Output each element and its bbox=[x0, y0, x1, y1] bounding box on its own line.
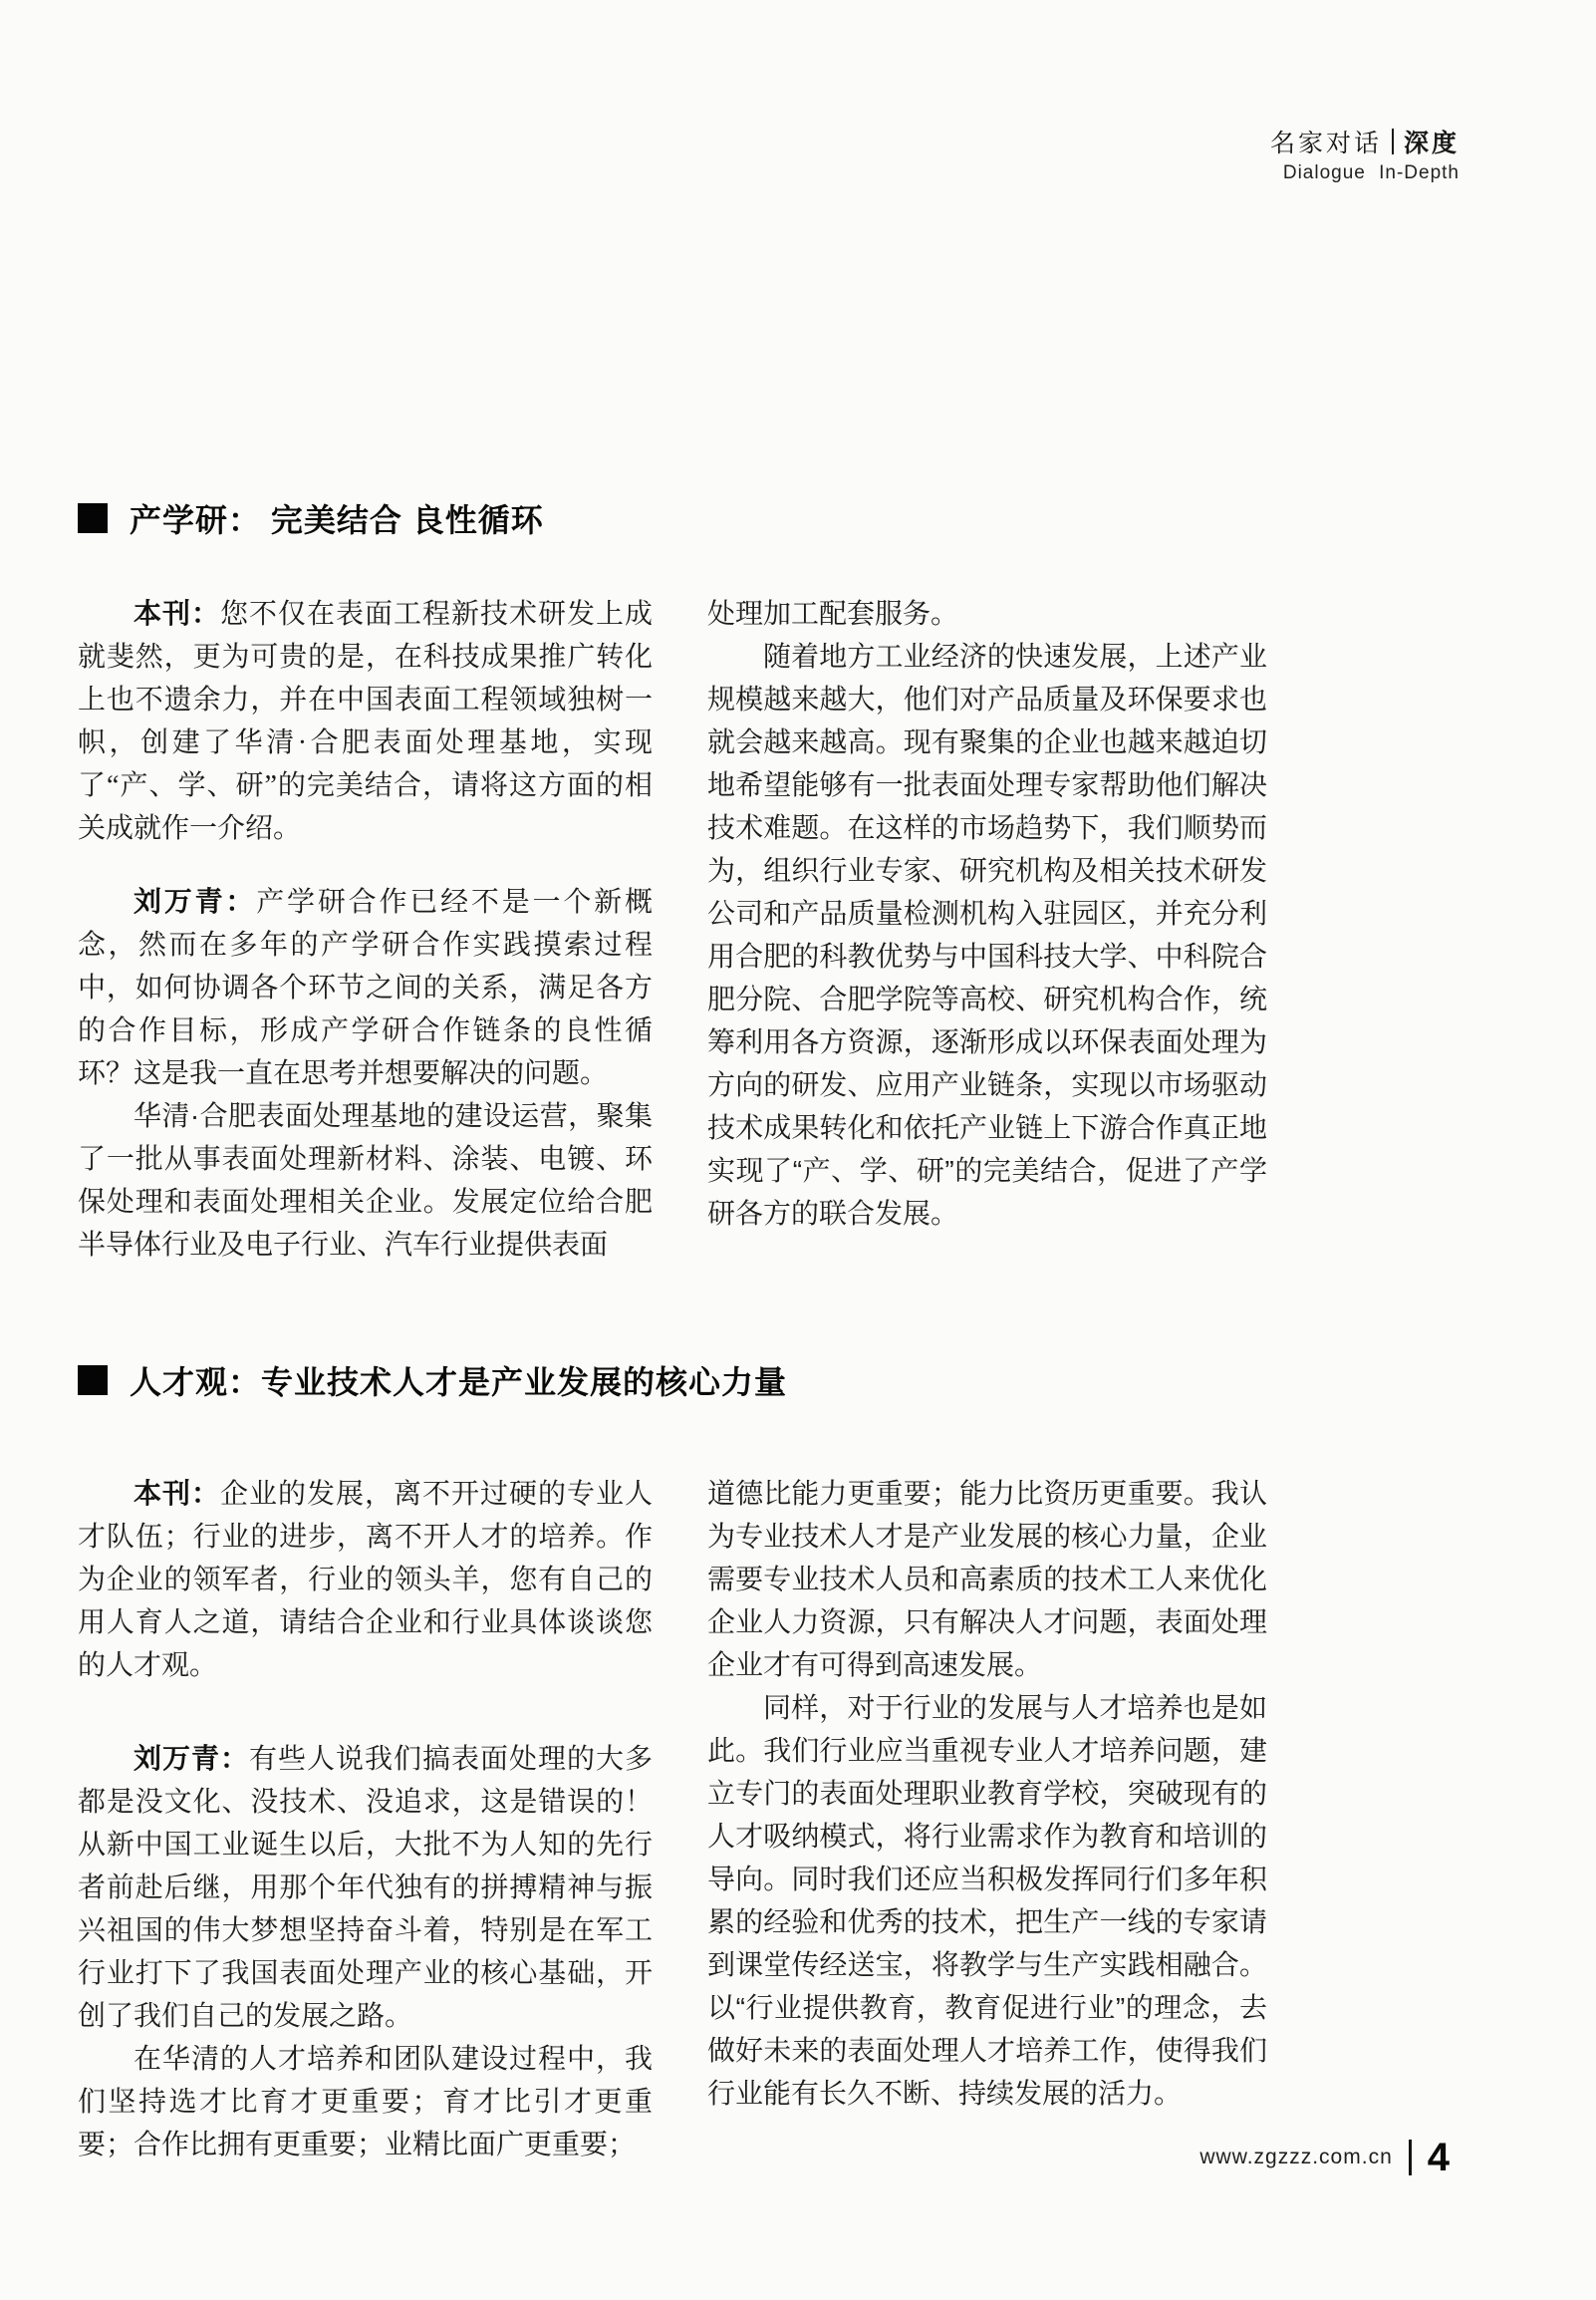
page-footer: www.zgzzz.com.cn 4 bbox=[1199, 2140, 1450, 2175]
s2-answer-text-1: 有些人说我们搞表面处理的大多都是没文化、没技术、没追求，这是错误的！从新中国工业… bbox=[78, 1743, 653, 2031]
footer-page-number: 4 bbox=[1428, 2140, 1450, 2175]
section-2-left-column: 本刊：企业的发展，离不开过硬的专业人才队伍；行业的进步，离不开人才的培养。作为企… bbox=[78, 1472, 653, 2165]
s1-answer-continuation-text: 处理加工配套服务。 bbox=[707, 598, 958, 629]
s1-question-paragraph: 本刊：您不仅在表面工程新技术研发上成就斐然，更为可贵的是，在科技成果推广转化上也… bbox=[78, 592, 653, 850]
header-title-zh: 名家对话 深度 bbox=[1270, 124, 1460, 159]
section-1-title: 产学研： 完美结合 良性循环 bbox=[78, 495, 544, 541]
section-1-right-column: 处理加工配套服务。 随着地方工业经济的快速发展，上述产业规模越来越大，他们对产品… bbox=[707, 592, 1267, 1235]
s1-answer-paragraph-1: 刘万青：产学研合作已经不是一个新概念，然而在多年的产学研合作实践摸索过程中，如何… bbox=[78, 880, 653, 1094]
speaker-label-liuwanqing: 刘万青： bbox=[133, 886, 256, 917]
speaker-label-magazine: 本刊： bbox=[133, 1478, 220, 1509]
section-2-right-column: 道德比能力更重要；能力比资历更重要。我认为专业技术人才是产业发展的核心力量，企业… bbox=[707, 1472, 1267, 2115]
header-subtitle-en: Dialogue In-Depth bbox=[1270, 162, 1460, 184]
speaker-label-liuwanqing: 刘万青： bbox=[133, 1743, 249, 1774]
s2-answer-paragraph-1: 刘万青：有些人说我们搞表面处理的大多都是没文化、没技术、没追求，这是错误的！从新… bbox=[78, 1737, 653, 2037]
s2-answer-text-2: 在华清的人才培养和团队建设过程中，我们坚持选才比育才更重要；育才比引才更重要；合… bbox=[78, 2043, 653, 2159]
s2-answer-paragraph-3: 同样，对于行业的发展与人才培养也是如此。我们行业应当重视专业人才培养问题，建立专… bbox=[707, 1686, 1267, 2115]
section-2-title-text: 人才观：专业技术人才是产业发展的核心力量 bbox=[130, 1357, 787, 1403]
page-header: 名家对话 深度 Dialogue In-Depth bbox=[1270, 124, 1460, 184]
section-1-left-column: 本刊：您不仅在表面工程新技术研发上成就斐然，更为可贵的是，在科技成果推广转化上也… bbox=[78, 592, 653, 1266]
s2-answer-text-3: 同样，对于行业的发展与人才培养也是如此。我们行业应当重视专业人才培养问题，建立专… bbox=[707, 1692, 1267, 2109]
footer-divider-bar bbox=[1409, 2140, 1412, 2175]
speaker-label-magazine: 本刊： bbox=[133, 598, 220, 629]
header-category-zh: 名家对话 bbox=[1270, 124, 1382, 159]
footer-website-url: www.zgzzz.com.cn bbox=[1199, 2146, 1392, 2169]
s2-answer-continuation-text: 道德比能力更重要；能力比资历更重要。我认为专业技术人才是产业发展的核心力量，企业… bbox=[707, 1478, 1267, 1680]
s2-question-text: 企业的发展，离不开过硬的专业人才队伍；行业的进步，离不开人才的培养。作为企业的领… bbox=[78, 1479, 653, 1681]
s1-answer-continuation: 处理加工配套服务。 bbox=[707, 592, 1267, 635]
square-bullet-icon bbox=[78, 503, 108, 533]
square-bullet-icon bbox=[78, 1365, 108, 1395]
s2-question-paragraph: 本刊：企业的发展，离不开过硬的专业人才队伍；行业的进步，离不开人才的培养。作为企… bbox=[78, 1472, 653, 1687]
section-1-title-text: 产学研： 完美结合 良性循环 bbox=[130, 495, 544, 541]
s2-answer-paragraph-2: 在华清的人才培养和团队建设过程中，我们坚持选才比育才更重要；育才比引才更重要；合… bbox=[78, 2037, 653, 2165]
header-divider-bar bbox=[1392, 129, 1394, 154]
s2-answer-continuation: 道德比能力更重要；能力比资历更重要。我认为专业技术人才是产业发展的核心力量，企业… bbox=[707, 1472, 1267, 1686]
s1-answer-paragraph-3: 随着地方工业经济的快速发展，上述产业规模越来越大，他们对产品质量及环保要求也就会… bbox=[707, 635, 1267, 1235]
magazine-page: 名家对话 深度 Dialogue In-Depth 产学研： 完美结合 良性循环… bbox=[0, 0, 1596, 2300]
section-2-title: 人才观：专业技术人才是产业发展的核心力量 bbox=[78, 1357, 787, 1403]
header-topic-zh: 深度 bbox=[1404, 124, 1460, 159]
s1-answer-text-3: 随着地方工业经济的快速发展，上述产业规模越来越大，他们对产品质量及环保要求也就会… bbox=[707, 641, 1267, 1229]
s1-answer-paragraph-2: 华清·合肥表面处理基地的建设运营，聚集了一批从事表面处理新材料、涂装、电镀、环保… bbox=[78, 1094, 653, 1266]
s1-answer-text-2: 华清·合肥表面处理基地的建设运营，聚集了一批从事表面处理新材料、涂装、电镀、环保… bbox=[78, 1100, 653, 1260]
s1-question-text: 您不仅在表面工程新技术研发上成就斐然，更为可贵的是，在科技成果推广转化上也不遗余… bbox=[78, 599, 653, 844]
